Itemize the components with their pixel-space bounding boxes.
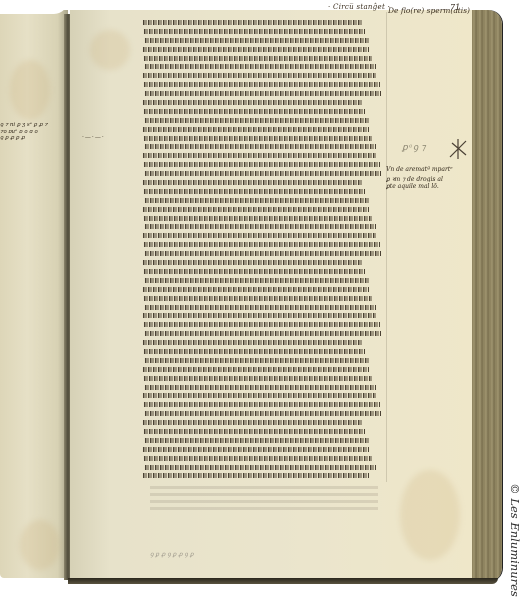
text-line (143, 89, 381, 98)
text-line (143, 249, 381, 258)
text-line (143, 151, 381, 160)
text-line (143, 347, 381, 356)
text-line (143, 54, 381, 63)
text-line (143, 365, 381, 374)
text-line (143, 27, 381, 36)
text-line (143, 374, 381, 383)
foxing-stain (20, 520, 60, 570)
text-line (143, 222, 381, 231)
text-line (143, 338, 381, 347)
text-line (143, 196, 381, 205)
foxing-stain (90, 30, 130, 70)
folio-number: 71 (450, 3, 460, 12)
text-line (143, 409, 381, 418)
text-line (143, 62, 381, 71)
text-line (143, 178, 381, 187)
margin-sketch: ꝑ ͣ ꝯ ⁊ (402, 140, 425, 153)
page-fore-edge (472, 10, 502, 582)
text-line (143, 160, 381, 169)
text-line (143, 205, 381, 214)
text-line (143, 285, 381, 294)
running-title-left: · Circu̅ stanĝet · (328, 3, 390, 11)
text-line (143, 418, 381, 427)
watermark-text: © Les Enluminures (508, 483, 522, 597)
text-line (143, 294, 381, 303)
text-line (143, 276, 381, 285)
text-line (143, 18, 381, 27)
margin-note-line: ꝑ ꝛm ⁊ de drogis al (386, 175, 462, 183)
text-line (143, 383, 381, 392)
text-line (143, 107, 381, 116)
left-page-scribble: ·—·—· (82, 134, 105, 141)
text-line (143, 142, 381, 151)
ruling-line (386, 12, 387, 482)
text-line (143, 45, 381, 54)
manuscript-photo: · Circu̅ stanĝet · De flo(re) sperm(atis… (0, 0, 530, 600)
text-line (143, 445, 381, 454)
faded-bottom-note: ꝯ ꝑ ꝓ ꝯ ꝑ ꝓ ꝯ ꝑ (150, 550, 194, 558)
margin-note-line: Vn de arematª mpartᵉ (386, 166, 462, 174)
margin-note-line: ꝑte aquile mal lō. (386, 183, 462, 191)
copyright-watermark: © Les Enluminures (506, 482, 524, 597)
text-line (143, 463, 381, 472)
text-line (143, 98, 381, 107)
text-line (143, 400, 381, 409)
left-margin-note: ꝯ ⁊ ni ꝑ ʒ sᵉ ꝑ ꝓ ⁊ ⁊ꝯ ꝑuᵃ ꝑ ꝯ ꝗ ꝯ ꝯ ꝑ ꝓ… (0, 120, 62, 140)
text-line (143, 240, 381, 249)
text-line (143, 427, 381, 436)
text-line (143, 36, 381, 45)
page-bottom-edge (68, 578, 498, 584)
ink-bleed-through (150, 486, 378, 514)
text-line (143, 125, 381, 134)
text-line (143, 391, 381, 400)
text-line (143, 320, 381, 329)
text-line (143, 231, 381, 240)
foxing-stain (10, 60, 50, 120)
text-line (143, 267, 381, 276)
main-text-block (143, 18, 381, 482)
text-line (143, 71, 381, 80)
text-line (143, 80, 381, 89)
text-line (143, 303, 381, 312)
text-line (143, 169, 381, 178)
text-line (143, 258, 381, 267)
text-line (143, 471, 381, 480)
text-line (143, 116, 381, 125)
text-line (143, 436, 381, 445)
text-line (143, 454, 381, 463)
margin-note-line: ꝯ ꝑ ꝓ ꝑ ꝓ (0, 133, 62, 140)
text-line (143, 134, 381, 143)
text-line (143, 329, 381, 338)
text-line (143, 187, 381, 196)
foxing-stain (400, 470, 460, 560)
text-line (143, 214, 381, 223)
text-line (143, 356, 381, 365)
right-margin-note: Vn de arematª mpartᵉ ꝑ ꝛm ⁊ de drogis al… (386, 166, 462, 192)
text-line (143, 311, 381, 320)
margin-cross-mark (446, 137, 470, 161)
